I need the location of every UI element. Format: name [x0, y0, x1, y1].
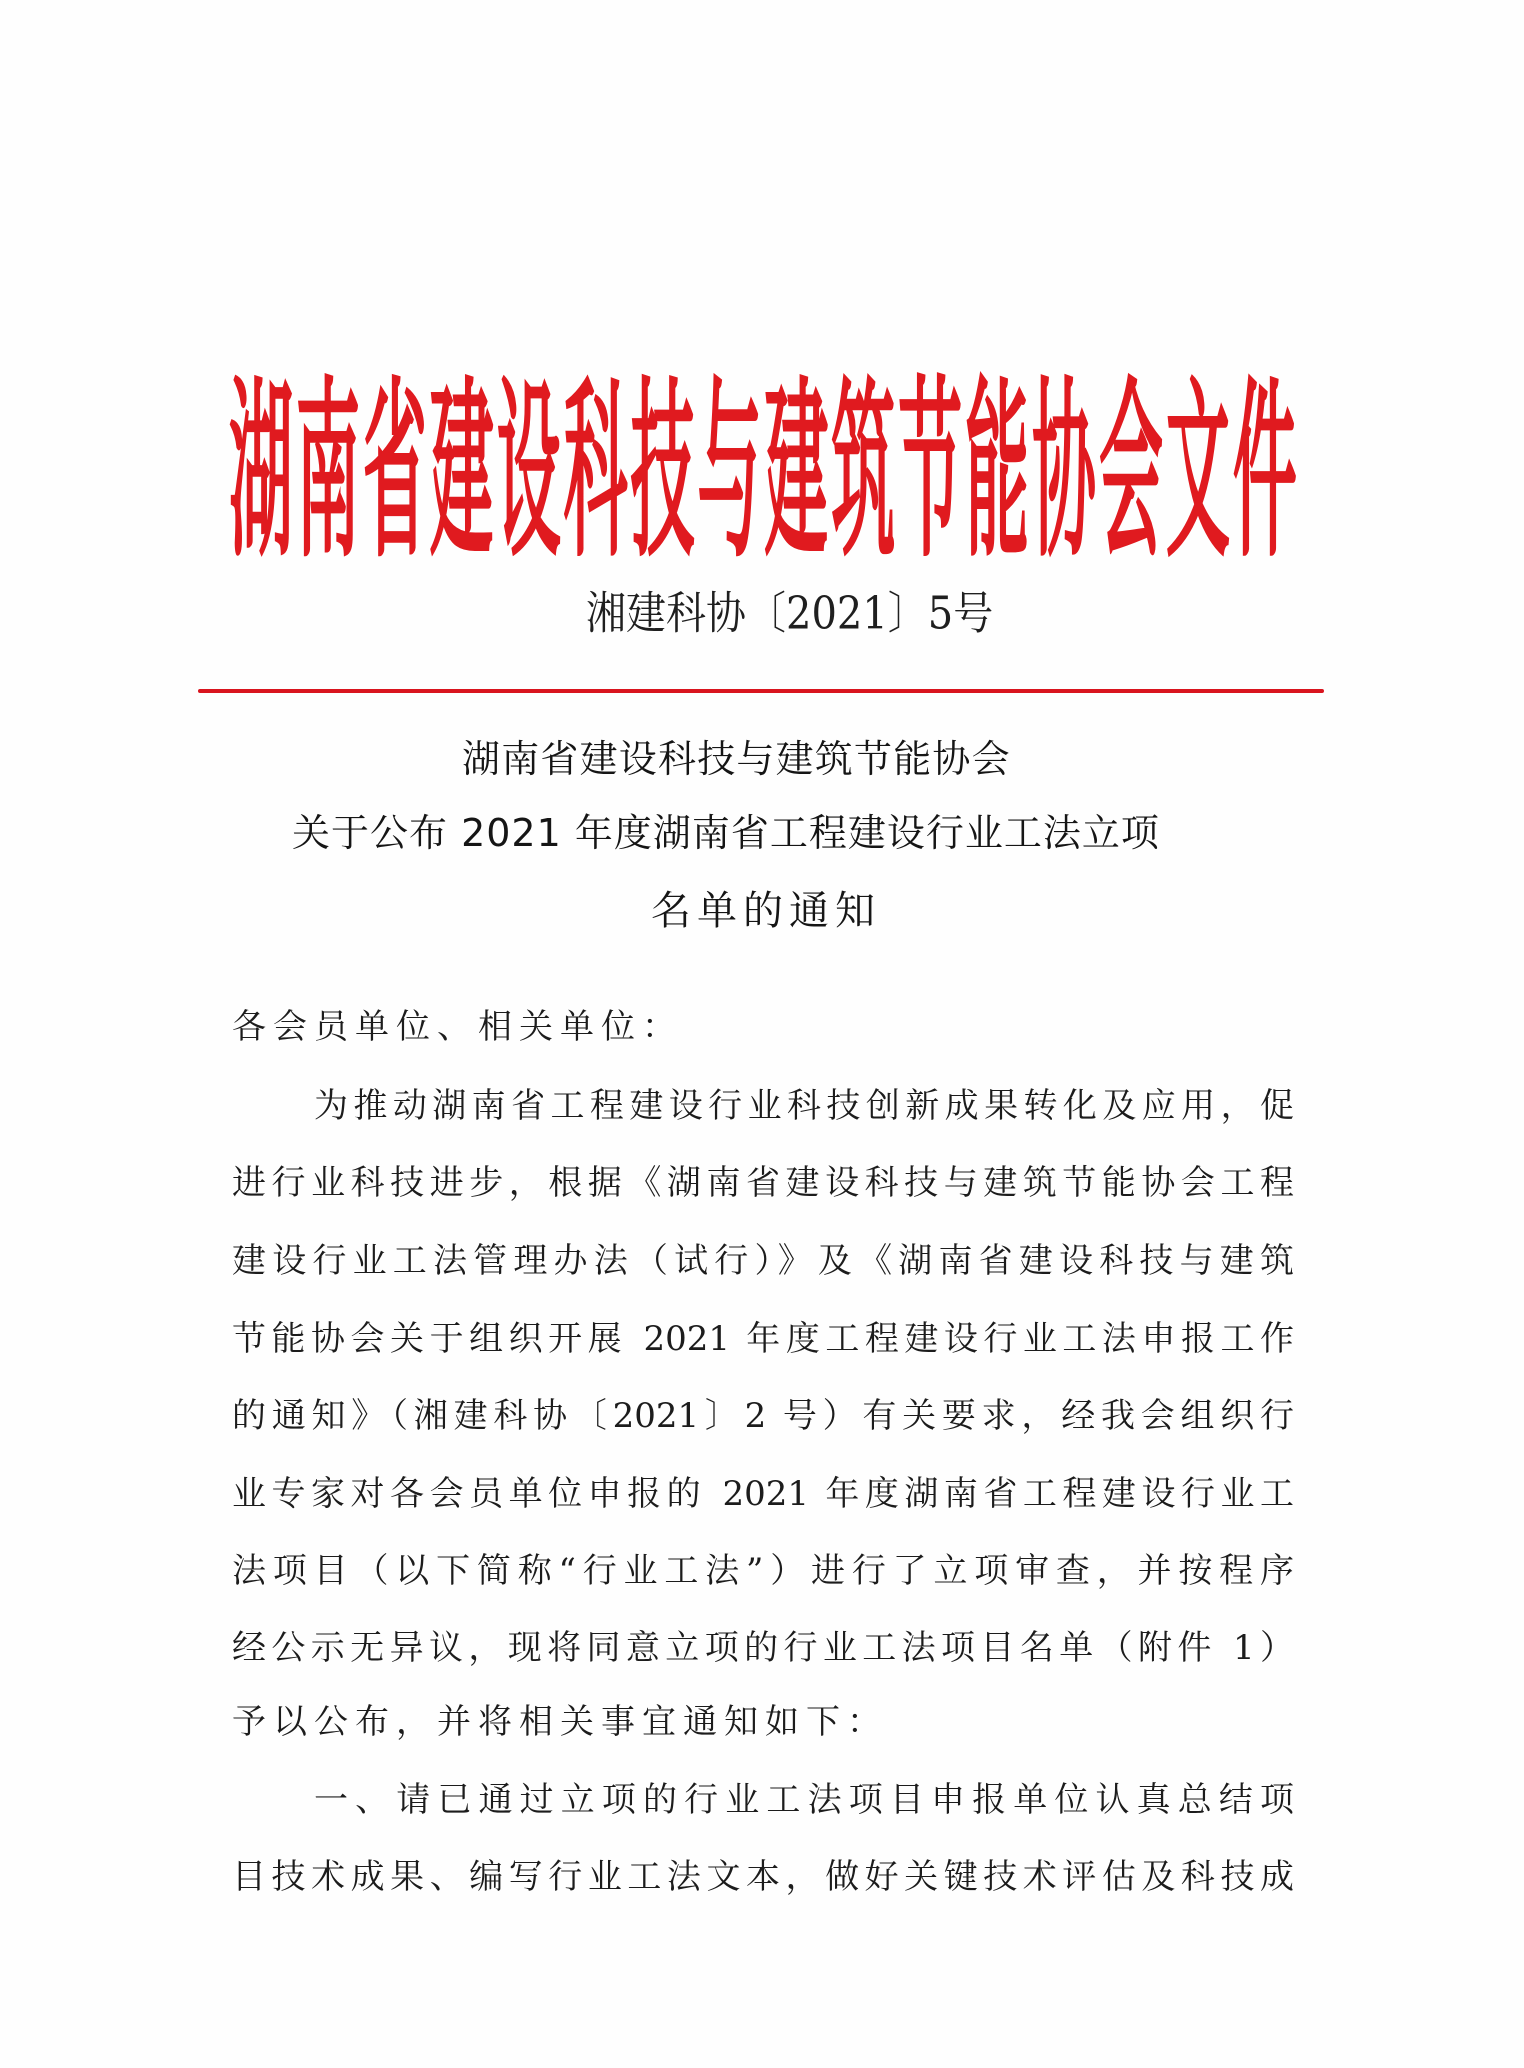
body-text-line: 目技术成果、编写行业工法文本，做好关键技术评估及科技成 — [232, 1857, 1294, 1897]
body-text-line: 经公示无异议，现将同意立项的行业工法项目名单（附件 1） — [232, 1628, 1294, 1668]
masthead-char: 设 — [496, 379, 562, 571]
body-text-line: 为推动湖南省工程建设行业科技创新成果转化及应用，促 — [314, 1086, 1294, 1126]
masthead-char: 节 — [897, 379, 963, 571]
notice-title-line-3: 名单的通知 — [651, 889, 881, 933]
masthead-char: 技 — [630, 379, 696, 571]
masthead-char: 件 — [1232, 379, 1298, 571]
notice-title-line-2: 关于公布 2021 年度湖南省工程建设行业工法立项 — [292, 811, 1160, 855]
document-number: 湘建科协〔2021〕5号 — [586, 586, 993, 642]
masthead-char: 南 — [295, 379, 361, 571]
masthead-char: 建 — [429, 379, 495, 571]
body-text-line: 法项目（以下简称“行业工法”）进行了立项审查，并按程序 — [232, 1551, 1294, 1591]
masthead-char: 湖 — [228, 379, 294, 571]
masthead-char: 能 — [964, 379, 1030, 571]
masthead-char: 省 — [362, 379, 428, 571]
masthead-char: 与 — [696, 379, 762, 571]
salutation: 各会员单位、相关单位： — [232, 1007, 1294, 1047]
body-text-line: 一、请已通过立项的行业工法项目申报单位认真总结项 — [314, 1780, 1294, 1820]
masthead-title: 湖 南 省 建 设 科 技 与 建 筑 节 能 协 会 文 件 — [228, 368, 1298, 582]
body-text-line: 的通知》（湘建科协〔2021〕2 号）有关要求，经我会组织行 — [232, 1396, 1294, 1436]
body-text-line: 予以公布，并将相关事宜通知如下： — [232, 1702, 1294, 1742]
notice-title-line-1: 湖南省建设科技与建筑节能协会 — [462, 737, 1011, 781]
masthead-char: 科 — [563, 379, 629, 571]
red-divider-rule — [198, 689, 1324, 693]
masthead-char: 筑 — [830, 379, 896, 571]
masthead-char: 会 — [1098, 379, 1164, 571]
body-text-line: 业专家对各会员单位申报的 2021 年度湖南省工程建设行业工 — [232, 1474, 1294, 1514]
body-text-line: 建设行业工法管理办法（试行）》及《湖南省建设科技与建筑 — [232, 1241, 1294, 1281]
body-text-line: 进行业科技进步，根据《湖南省建设科技与建筑节能协会工程 — [232, 1163, 1294, 1203]
masthead-char: 建 — [763, 379, 829, 571]
body-text-line: 节能协会关于组织开展 2021 年度工程建设行业工法申报工作 — [232, 1319, 1294, 1359]
masthead-char: 文 — [1165, 379, 1231, 571]
document-page: 湖 南 省 建 设 科 技 与 建 筑 节 能 协 会 文 件 湘建科协〔202… — [0, 0, 1524, 2068]
masthead-char: 协 — [1031, 379, 1097, 571]
